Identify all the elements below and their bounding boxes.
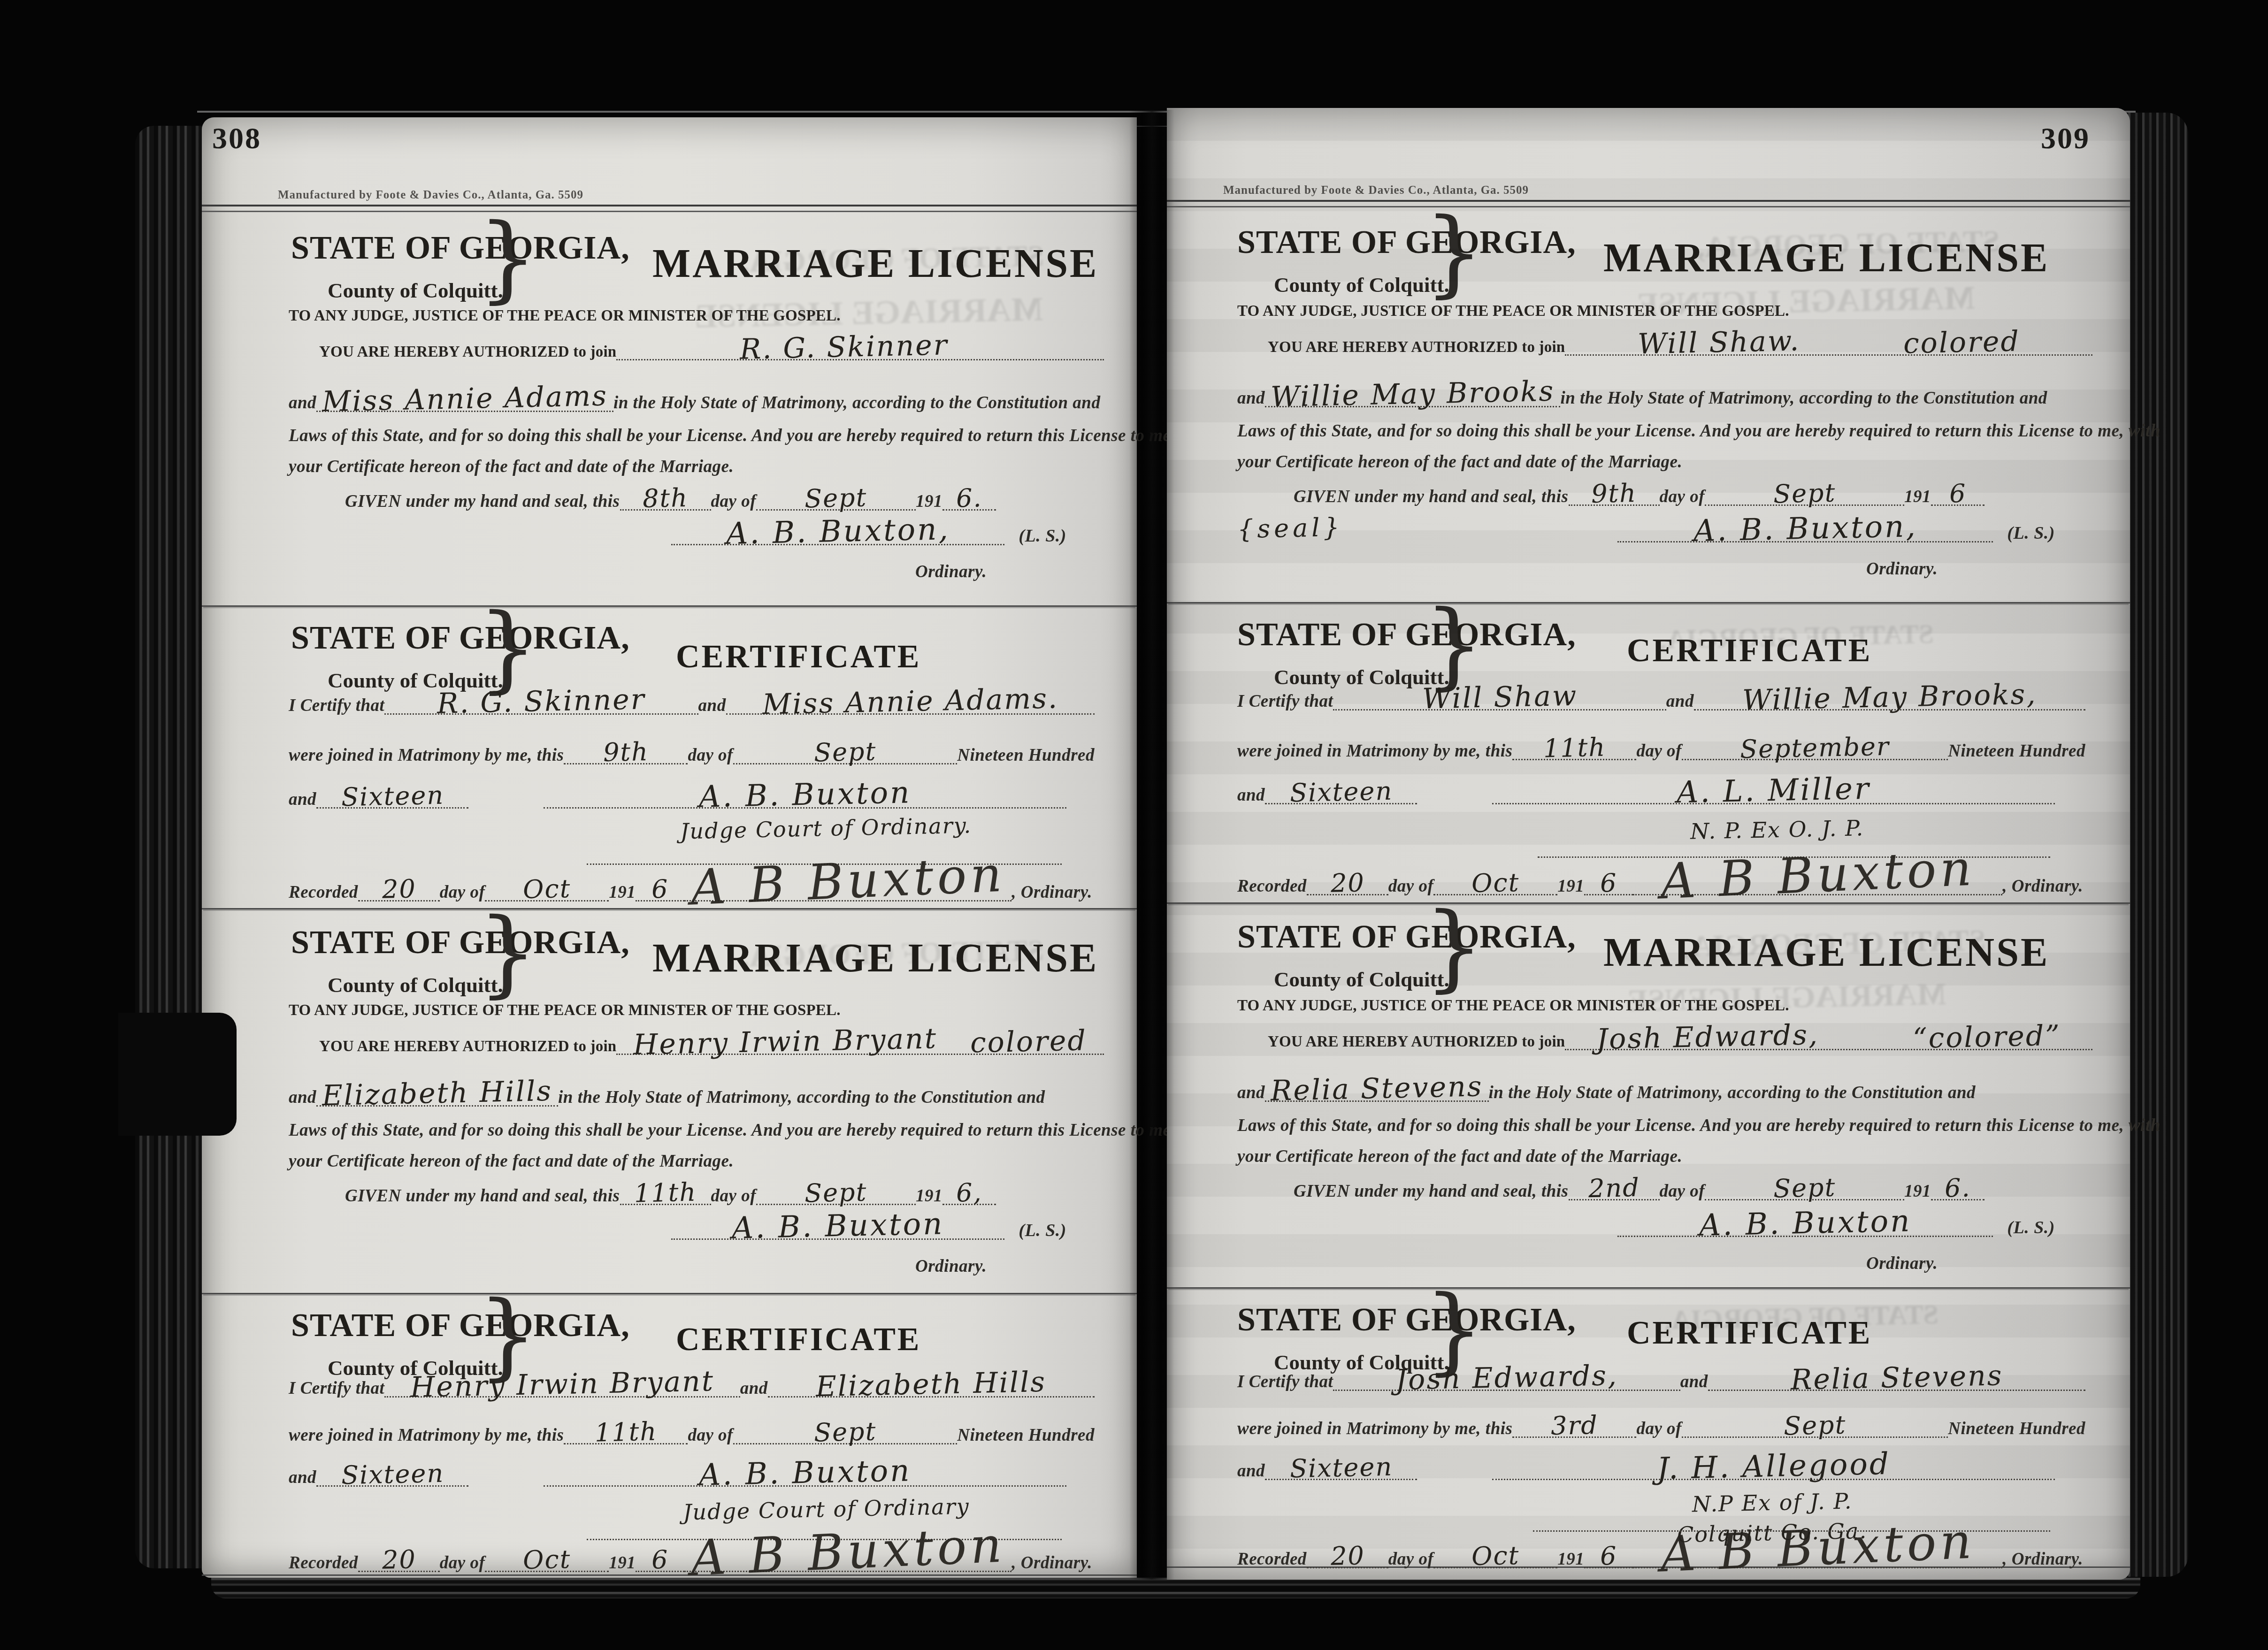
register-page-right: 309 Manufactured by Foote & Davies Co., … xyxy=(1167,108,2130,1580)
matrimony-clause: in the Holy State of Matrimony, accordin… xyxy=(558,1087,1045,1108)
given-year-handwriting: 6 xyxy=(1949,487,1967,501)
year-word-handwriting: Sixteen xyxy=(1289,1460,1393,1476)
bride-name-line: Miss Annie Adams xyxy=(316,391,613,412)
bride-name-line: Relia Stevens xyxy=(1708,1370,2085,1391)
bride-name-line: Elizabeth Hills xyxy=(768,1376,1095,1398)
and-label: and xyxy=(289,789,316,810)
certify-label: I Certify that xyxy=(1237,1372,1333,1392)
day-of-label: day of xyxy=(688,745,733,765)
joined-day-line: 9th xyxy=(564,745,688,764)
bride-name-line: Relia Stevens xyxy=(1265,1081,1488,1102)
certificate-edwards-stevens: STATE OF GEORGIA, STATE OF GEORGIA, Coun… xyxy=(1167,1287,2130,1568)
authorized-label: YOU ARE HEREBY AUTHORIZED to join xyxy=(1268,339,1565,356)
nineteen-hundred-label: Nineteen Hundred xyxy=(1948,1419,2085,1439)
joined-label: were joined in Matrimony by me, this xyxy=(1237,741,1512,761)
marriage-license-edwards-stevens: STATE OF GEORGIA, MARRIAGE LICENSE STATE… xyxy=(1167,902,2130,1289)
given-month-handwriting: Sept xyxy=(805,1185,867,1201)
recorded-day-line: 20 xyxy=(358,1553,440,1572)
bride-name-handwriting: Elizabeth Hills xyxy=(322,1083,553,1104)
given-year-line: 6, xyxy=(942,1186,996,1205)
recorded-month-handwriting: Oct xyxy=(523,882,571,897)
given-label: GIVEN under my hand and seal, this xyxy=(345,1186,620,1206)
bride-name-handwriting: Relia Stevens xyxy=(1790,1367,2003,1388)
recorded-day-line: 20 xyxy=(1307,1549,1388,1568)
groom-name-handwriting: R. G. Skinner xyxy=(739,337,948,357)
state-heading: STATE OF GEORGIA, xyxy=(1237,617,1576,653)
ordinary-label: Ordinary. xyxy=(1866,559,1938,579)
given-day-line: 9th xyxy=(1569,487,1660,506)
certificate-clause: your Certificate hereon of the fact and … xyxy=(1237,452,1682,472)
given-month-handwriting: Sept xyxy=(1773,1181,1836,1196)
given-day-line: 2nd xyxy=(1569,1181,1660,1200)
marriage-license-skinner-adams: STATE OF GEORGIA, MARRIAGE LICENSE STATE… xyxy=(202,214,1137,607)
year-word-handwriting: Sixteen xyxy=(341,788,444,805)
given-day-handwriting: 2nd xyxy=(1588,1181,1640,1196)
recorded-month-handwriting: Oct xyxy=(1471,876,1520,891)
given-year-line: 6. xyxy=(942,491,996,511)
joined-day-line: 11th xyxy=(1512,741,1636,760)
recorded-month-line: Oct xyxy=(1433,1549,1557,1568)
year-printed: 191 xyxy=(916,491,942,512)
state-heading: STATE OF GEORGIA, xyxy=(1237,224,1576,260)
ordinary-label: Ordinary. xyxy=(915,562,987,581)
ls-label: (L. S.) xyxy=(2007,523,2055,543)
groom-name-handwriting: Josh Edwards, xyxy=(1596,1027,1819,1047)
recorded-label: Recorded xyxy=(1237,876,1307,896)
recorded-year-handwriting: 6 xyxy=(651,1553,669,1567)
joined-month-line: Sept xyxy=(733,1425,957,1444)
certificate-shaw-brooks: STATE OF GEORGIA, STATE OF GEORGIA, Coun… xyxy=(1167,602,2130,904)
recorded-day-handwriting: 20 xyxy=(1330,876,1364,891)
and-label: and xyxy=(1680,1372,1708,1392)
officiant-title-handwriting: Judge Court of Ordinary xyxy=(682,1500,969,1519)
ordinary-suffix: , Ordinary. xyxy=(1011,882,1092,902)
given-month-line: Sept xyxy=(1705,1181,1904,1200)
joined-month-handwriting: Sept xyxy=(814,1425,877,1440)
ls-label: (L. S.) xyxy=(1019,1220,1066,1241)
joined-month-line: Sept xyxy=(1682,1419,1948,1438)
matrimony-clause: in the Holy State of Matrimony, accordin… xyxy=(613,393,1100,413)
groom-name-line: Will Shaw.colored xyxy=(1565,335,2092,356)
given-year-handwriting: 6, xyxy=(956,1185,982,1200)
recorded-day-handwriting: 20 xyxy=(382,882,416,897)
groom-name-line: Henry Irwin Bryant xyxy=(384,1376,740,1398)
groom-name-line: Henry Irwin Bryantcolored xyxy=(616,1034,1104,1055)
joined-month-handwriting: Sept xyxy=(814,745,877,760)
joined-day-line: 3rd xyxy=(1512,1419,1636,1438)
year-printed: 191 xyxy=(609,882,636,902)
joined-day-handwriting: 9th xyxy=(603,745,649,760)
officiant-signature-handwriting: A. B. Buxton xyxy=(699,785,912,804)
officiant-signature-handwriting: J. H. Allegood xyxy=(1656,1457,1890,1476)
joined-label: were joined in Matrimony by me, this xyxy=(289,1425,564,1445)
given-month-line: Sept xyxy=(1705,487,1904,506)
day-of-label: day of xyxy=(440,1553,485,1573)
groom-name-handwriting: R. G. Skinner xyxy=(437,691,646,711)
recorded-day-line: 20 xyxy=(358,882,440,901)
certificate-clause: your Certificate hereon of the fact and … xyxy=(289,457,734,476)
page-number: 309 xyxy=(2041,121,2090,156)
bride-name-handwriting: Miss Annie Adams xyxy=(322,388,608,410)
year-word-line: Sixteen xyxy=(1265,785,1417,804)
certify-label: I Certify that xyxy=(289,695,384,716)
brace-glyph: } xyxy=(478,204,537,313)
joined-month-handwriting: September xyxy=(1740,740,1890,757)
recorded-label: Recorded xyxy=(289,882,358,902)
day-of-label: day of xyxy=(1660,1181,1705,1201)
year-printed: 191 xyxy=(1557,876,1584,896)
recorded-year-handwriting: 6 xyxy=(651,882,669,897)
ordinary-label: Ordinary. xyxy=(915,1257,987,1276)
book-binding-left-edge xyxy=(135,126,204,1568)
certificate-title: CERTIFICATE xyxy=(1627,1315,1872,1351)
recorded-month-handwriting: Oct xyxy=(523,1552,571,1567)
race-note-handwriting: “colored” xyxy=(1913,1028,2061,1047)
day-of-label: day of xyxy=(1636,1419,1682,1439)
nineteen-hundred-label: Nineteen Hundred xyxy=(1948,741,2085,761)
given-day-handwriting: 9th xyxy=(1591,486,1637,501)
certificate-clause: your Certificate hereon of the fact and … xyxy=(1237,1147,1682,1166)
binder-clip xyxy=(118,1013,237,1136)
marriage-license-shaw-brooks: STATE OF GEORGIA, MARRIAGE LICENSE STATE… xyxy=(1167,208,2130,603)
state-heading: STATE OF GEORGIA, xyxy=(1237,919,1576,955)
recorded-day-handwriting: 20 xyxy=(1330,1549,1364,1564)
bride-name-line: Miss Annie Adams. xyxy=(726,694,1095,715)
state-heading: STATE OF GEORGIA, xyxy=(1237,1302,1576,1338)
and-label: and xyxy=(1237,388,1265,408)
joined-month-handwriting: Sept xyxy=(1784,1418,1847,1434)
and-label: and xyxy=(289,1467,316,1488)
certificate-bryant-hills: STATE OF GEORGIA, County of Colquitt. } … xyxy=(202,1293,1137,1576)
day-of-label: day of xyxy=(1636,741,1682,761)
bride-name-line: Willie May Brooks xyxy=(1265,386,1560,407)
brace-glyph: } xyxy=(1424,198,1484,307)
joined-month-line: Sept xyxy=(733,745,957,764)
bride-name-handwriting: Elizabeth Hills xyxy=(816,1374,1047,1395)
bride-name-line: Elizabeth Hills xyxy=(316,1085,558,1107)
ordinary-signature-handwriting: A. B. Buxton, xyxy=(1693,519,1917,539)
ls-label: (L. S.) xyxy=(2007,1217,2055,1238)
recorded-year-line: 6 xyxy=(1584,876,1633,895)
certify-label: I Certify that xyxy=(289,1378,384,1398)
recorded-year-handwriting: 6 xyxy=(1600,1549,1617,1564)
day-of-label: day of xyxy=(1660,487,1705,507)
groom-name-handwriting: Henry Irwin Bryant xyxy=(633,1031,938,1053)
marriage-license-bryant-hills: STATE OF GEORGIA, STATE OF GEORGIA, Coun… xyxy=(202,908,1137,1294)
recorder-signature-line: A B Buxton xyxy=(1633,1541,2002,1568)
laws-clause: Laws of this State, and for so doing thi… xyxy=(1237,421,2161,441)
groom-name-handwriting: Henry Irwin Bryant xyxy=(410,1373,715,1396)
year-word-handwriting: Sixteen xyxy=(1289,784,1393,801)
recorded-year-line: 6 xyxy=(636,1553,684,1572)
given-label: GIVEN under my hand and seal, this xyxy=(1294,487,1569,507)
certify-label: I Certify that xyxy=(1237,691,1333,711)
day-of-label: day of xyxy=(711,491,757,512)
ordinary-suffix: , Ordinary. xyxy=(2002,876,2083,896)
and-label: and xyxy=(1237,1083,1265,1103)
ordinary-suffix: , Ordinary. xyxy=(2002,1549,2083,1569)
year-printed: 191 xyxy=(1904,487,1931,507)
officiant-signature-line: A. B. Buxton xyxy=(544,787,1066,809)
officiant-signature-line: J. H. Allegood xyxy=(1492,1459,2055,1480)
recorded-day-line: 20 xyxy=(1307,876,1388,895)
day-of-label: day of xyxy=(1388,1549,1434,1569)
license-title: MARRIAGE LICENSE xyxy=(1603,930,2049,975)
ordinary-signature-line: A. B. Buxton xyxy=(1617,1216,1993,1237)
officiant-title-handwriting: N. P. Ex O. J. P. xyxy=(1690,822,1864,838)
state-heading: STATE OF GEORGIA, xyxy=(291,620,630,656)
recorded-month-handwriting: Oct xyxy=(1471,1549,1520,1564)
recorder-signature-handwriting: A B Buxton xyxy=(1660,861,1976,888)
given-year-line: 6. xyxy=(1931,1181,1984,1200)
recorded-year-line: 6 xyxy=(636,882,684,901)
day-of-label: day of xyxy=(688,1425,733,1445)
groom-name-handwriting: Will Shaw xyxy=(1422,688,1578,707)
county-heading: County of Colquitt. xyxy=(1274,968,1449,991)
book-page-stack-bottom-edge xyxy=(211,1578,2140,1598)
and-label: and xyxy=(740,1378,768,1398)
and-label: and xyxy=(289,393,316,413)
recorded-year-line: 6 xyxy=(1584,1549,1633,1568)
recorded-label: Recorded xyxy=(1237,1549,1307,1569)
year-word-handwriting: Sixteen xyxy=(341,1467,444,1483)
year-printed: 191 xyxy=(1557,1549,1584,1569)
groom-name-line: Will Shaw xyxy=(1333,689,1666,710)
book-page-stack-right-edge xyxy=(2128,113,2188,1577)
certificate-title: CERTIFICATE xyxy=(1627,633,1872,669)
authorized-label: YOU ARE HEREBY AUTHORIZED to join xyxy=(1268,1033,1565,1051)
groom-name-handwriting: Josh Edwards, xyxy=(1395,1367,1618,1388)
officiant-title-handwriting: N.P Ex of J. P. xyxy=(1692,1495,1853,1510)
ordinary-signature-line: A. B. Buxton, xyxy=(671,524,1004,545)
given-year-handwriting: 6. xyxy=(1945,1181,1971,1195)
given-month-handwriting: Sept xyxy=(1773,486,1836,502)
ordinary-label: Ordinary. xyxy=(1866,1254,1938,1273)
joined-label: were joined in Matrimony by me, this xyxy=(289,745,564,765)
nineteen-hundred-label: Nineteen Hundred xyxy=(957,745,1095,765)
recorded-label: Recorded xyxy=(289,1553,358,1573)
recorder-signature-handwriting: A B Buxton xyxy=(690,1537,1006,1565)
brace-glyph: } xyxy=(478,898,537,1008)
ordinary-signature-handwriting: A. B. Buxton xyxy=(1699,1214,1912,1233)
nineteen-hundred-label: Nineteen Hundred xyxy=(957,1425,1095,1445)
bride-name-handwriting: Relia Stevens xyxy=(1271,1078,1483,1099)
bride-name-handwriting: Willie May Brooks xyxy=(1271,383,1555,405)
county-heading: County of Colquitt. xyxy=(1274,273,1449,297)
recorder-signature-line: A B Buxton xyxy=(1633,868,2002,895)
scanned-register-photo: { "left_page_number": "308", "right_page… xyxy=(0,0,2268,1650)
officiant-signature-handwriting: A. L. Miller xyxy=(1676,781,1870,801)
joined-label: were joined in Matrimony by me, this xyxy=(1237,1419,1512,1439)
officiant-signature-line: A. L. Miller xyxy=(1492,783,2055,804)
recorded-day-handwriting: 20 xyxy=(382,1552,416,1567)
certificate-skinner-adams: STATE OF GEORGIA, County of Colquitt. } … xyxy=(202,605,1137,909)
joined-day-line: 11th xyxy=(564,1425,688,1444)
recorder-signature-line: A B Buxton xyxy=(684,874,1011,901)
bride-name-handwriting: Willie May Brooks, xyxy=(1742,686,2037,708)
and-label: and xyxy=(289,1087,316,1108)
given-year-handwriting: 6. xyxy=(956,491,982,505)
bride-name-handwriting: Miss Annie Adams. xyxy=(762,690,1059,712)
register-page-left: 308 Manufactured by Foote & Davies Co., … xyxy=(202,117,1137,1578)
groom-name-handwriting: Will Shaw. xyxy=(1638,333,1801,352)
laws-clause: Laws of this State, and for so doing thi… xyxy=(1237,1116,2161,1135)
year-printed: 191 xyxy=(916,1186,942,1206)
matrimony-clause: in the Holy State of Matrimony, accordin… xyxy=(1489,1083,1976,1103)
certificate-title: CERTIFICATE xyxy=(676,639,921,675)
license-title: MARRIAGE LICENSE xyxy=(652,241,1098,286)
and-label: and xyxy=(1666,691,1694,711)
county-heading: County of Colquitt. xyxy=(328,973,503,997)
state-heading: STATE OF GEORGIA, xyxy=(291,1307,630,1344)
year-printed: 191 xyxy=(609,1553,636,1573)
recorded-year-handwriting: 6 xyxy=(1600,876,1617,891)
race-note-handwriting: colored xyxy=(970,1032,1087,1051)
form-top-rule xyxy=(202,205,1137,212)
salutation-line: TO ANY JUDGE, JUSTICE OF THE PEACE OR MI… xyxy=(289,1002,841,1019)
salutation-line: TO ANY JUDGE, JUSTICE OF THE PEACE OR MI… xyxy=(1237,303,1789,320)
county-heading: County of Colquitt. xyxy=(328,279,503,302)
state-heading: STATE OF GEORGIA, xyxy=(291,230,630,266)
officiant-title-handwriting: Judge Court of Ordinary. xyxy=(680,819,972,837)
given-day-handwriting: 8th xyxy=(643,491,688,506)
brace-glyph: } xyxy=(1424,893,1484,1002)
groom-name-line: R. G. Skinner xyxy=(384,694,698,715)
and-label: and xyxy=(1237,785,1265,805)
salutation-line: TO ANY JUDGE, JUSTICE OF THE PEACE OR MI… xyxy=(1237,997,1789,1014)
year-printed: 191 xyxy=(1904,1181,1931,1201)
recorder-signature-handwriting: A B Buxton xyxy=(1660,1534,1976,1561)
joined-day-handwriting: 3rd xyxy=(1551,1418,1598,1433)
race-note-handwriting: colored xyxy=(1903,333,2020,351)
given-month-line: Sept xyxy=(756,1186,916,1205)
and-label: and xyxy=(698,695,726,716)
authorized-label: YOU ARE HEREBY AUTHORIZED to join xyxy=(319,1038,616,1055)
given-month-line: Sept xyxy=(756,491,916,511)
given-label: GIVEN under my hand and seal, this xyxy=(345,491,620,512)
manufacturer-imprint: Manufactured by Foote & Davies Co., Atla… xyxy=(278,189,583,202)
recorder-signature-line: A B Buxton xyxy=(684,1544,1011,1572)
joined-month-line: September xyxy=(1682,741,1948,760)
day-of-label: day of xyxy=(711,1186,757,1206)
given-label: GIVEN under my hand and seal, this xyxy=(1294,1181,1569,1201)
page-number: 308 xyxy=(212,121,261,156)
certificate-clause: your Certificate hereon of the fact and … xyxy=(289,1152,734,1171)
groom-name-line: R. G. Skinner xyxy=(616,339,1104,360)
groom-name-line: Josh Edwards,“colored” xyxy=(1565,1029,2092,1050)
year-word-line: Sixteen xyxy=(316,789,468,809)
given-day-line: 11th xyxy=(620,1186,711,1205)
given-month-handwriting: Sept xyxy=(805,491,867,506)
license-title: MARRIAGE LICENSE xyxy=(1603,235,2049,280)
given-year-line: 6 xyxy=(1931,487,1984,506)
ls-label: (L. S.) xyxy=(1019,526,1066,546)
manufacturer-imprint: Manufactured by Foote & Davies Co., Atla… xyxy=(1223,184,1529,197)
authorized-label: YOU ARE HEREBY AUTHORIZED to join xyxy=(319,344,616,361)
officiant-signature-handwriting: A. B. Buxton xyxy=(699,1463,912,1482)
laws-clause: Laws of this State, and for so doing thi… xyxy=(289,1121,1212,1140)
year-word-line: Sixteen xyxy=(316,1467,468,1487)
license-title: MARRIAGE LICENSE xyxy=(652,935,1098,980)
recorder-signature-handwriting: A B Buxton xyxy=(690,867,1006,894)
year-word-line: Sixteen xyxy=(1265,1461,1417,1480)
matrimony-clause: in the Holy State of Matrimony, accordin… xyxy=(1560,388,2047,408)
laws-clause: Laws of this State, and for so doing thi… xyxy=(289,426,1212,445)
certificate-title: CERTIFICATE xyxy=(676,1322,921,1358)
state-heading: STATE OF GEORGIA, xyxy=(291,924,630,961)
officiant-signature-line: A. B. Buxton xyxy=(544,1466,1066,1487)
ordinary-signature-handwriting: A. B. Buxton, xyxy=(726,522,950,542)
ordinary-signature-handwriting: A. B. Buxton xyxy=(732,1216,944,1236)
given-day-handwriting: 11th xyxy=(634,1185,697,1201)
and-label: and xyxy=(1237,1461,1265,1481)
given-day-line: 8th xyxy=(620,491,711,511)
ordinary-signature-line: A. B. Buxton xyxy=(671,1219,1004,1240)
book-gutter-shadow xyxy=(1129,110,1174,1580)
ordinary-signature-line: A. B. Buxton, xyxy=(1617,521,1993,542)
form-top-rule xyxy=(1167,200,2130,207)
recorded-month-line: Oct xyxy=(485,1553,609,1572)
joined-day-handwriting: 11th xyxy=(1543,741,1606,756)
salutation-line: TO ANY JUDGE, JUSTICE OF THE PEACE OR MI… xyxy=(289,307,841,324)
groom-name-line: Josh Edwards, xyxy=(1333,1370,1680,1391)
seal-note-handwriting: {seal} xyxy=(1237,520,1343,537)
bride-name-line: Willie May Brooks, xyxy=(1694,689,2085,710)
ordinary-suffix: , Ordinary. xyxy=(1011,1553,1092,1573)
joined-day-handwriting: 11th xyxy=(594,1425,657,1440)
